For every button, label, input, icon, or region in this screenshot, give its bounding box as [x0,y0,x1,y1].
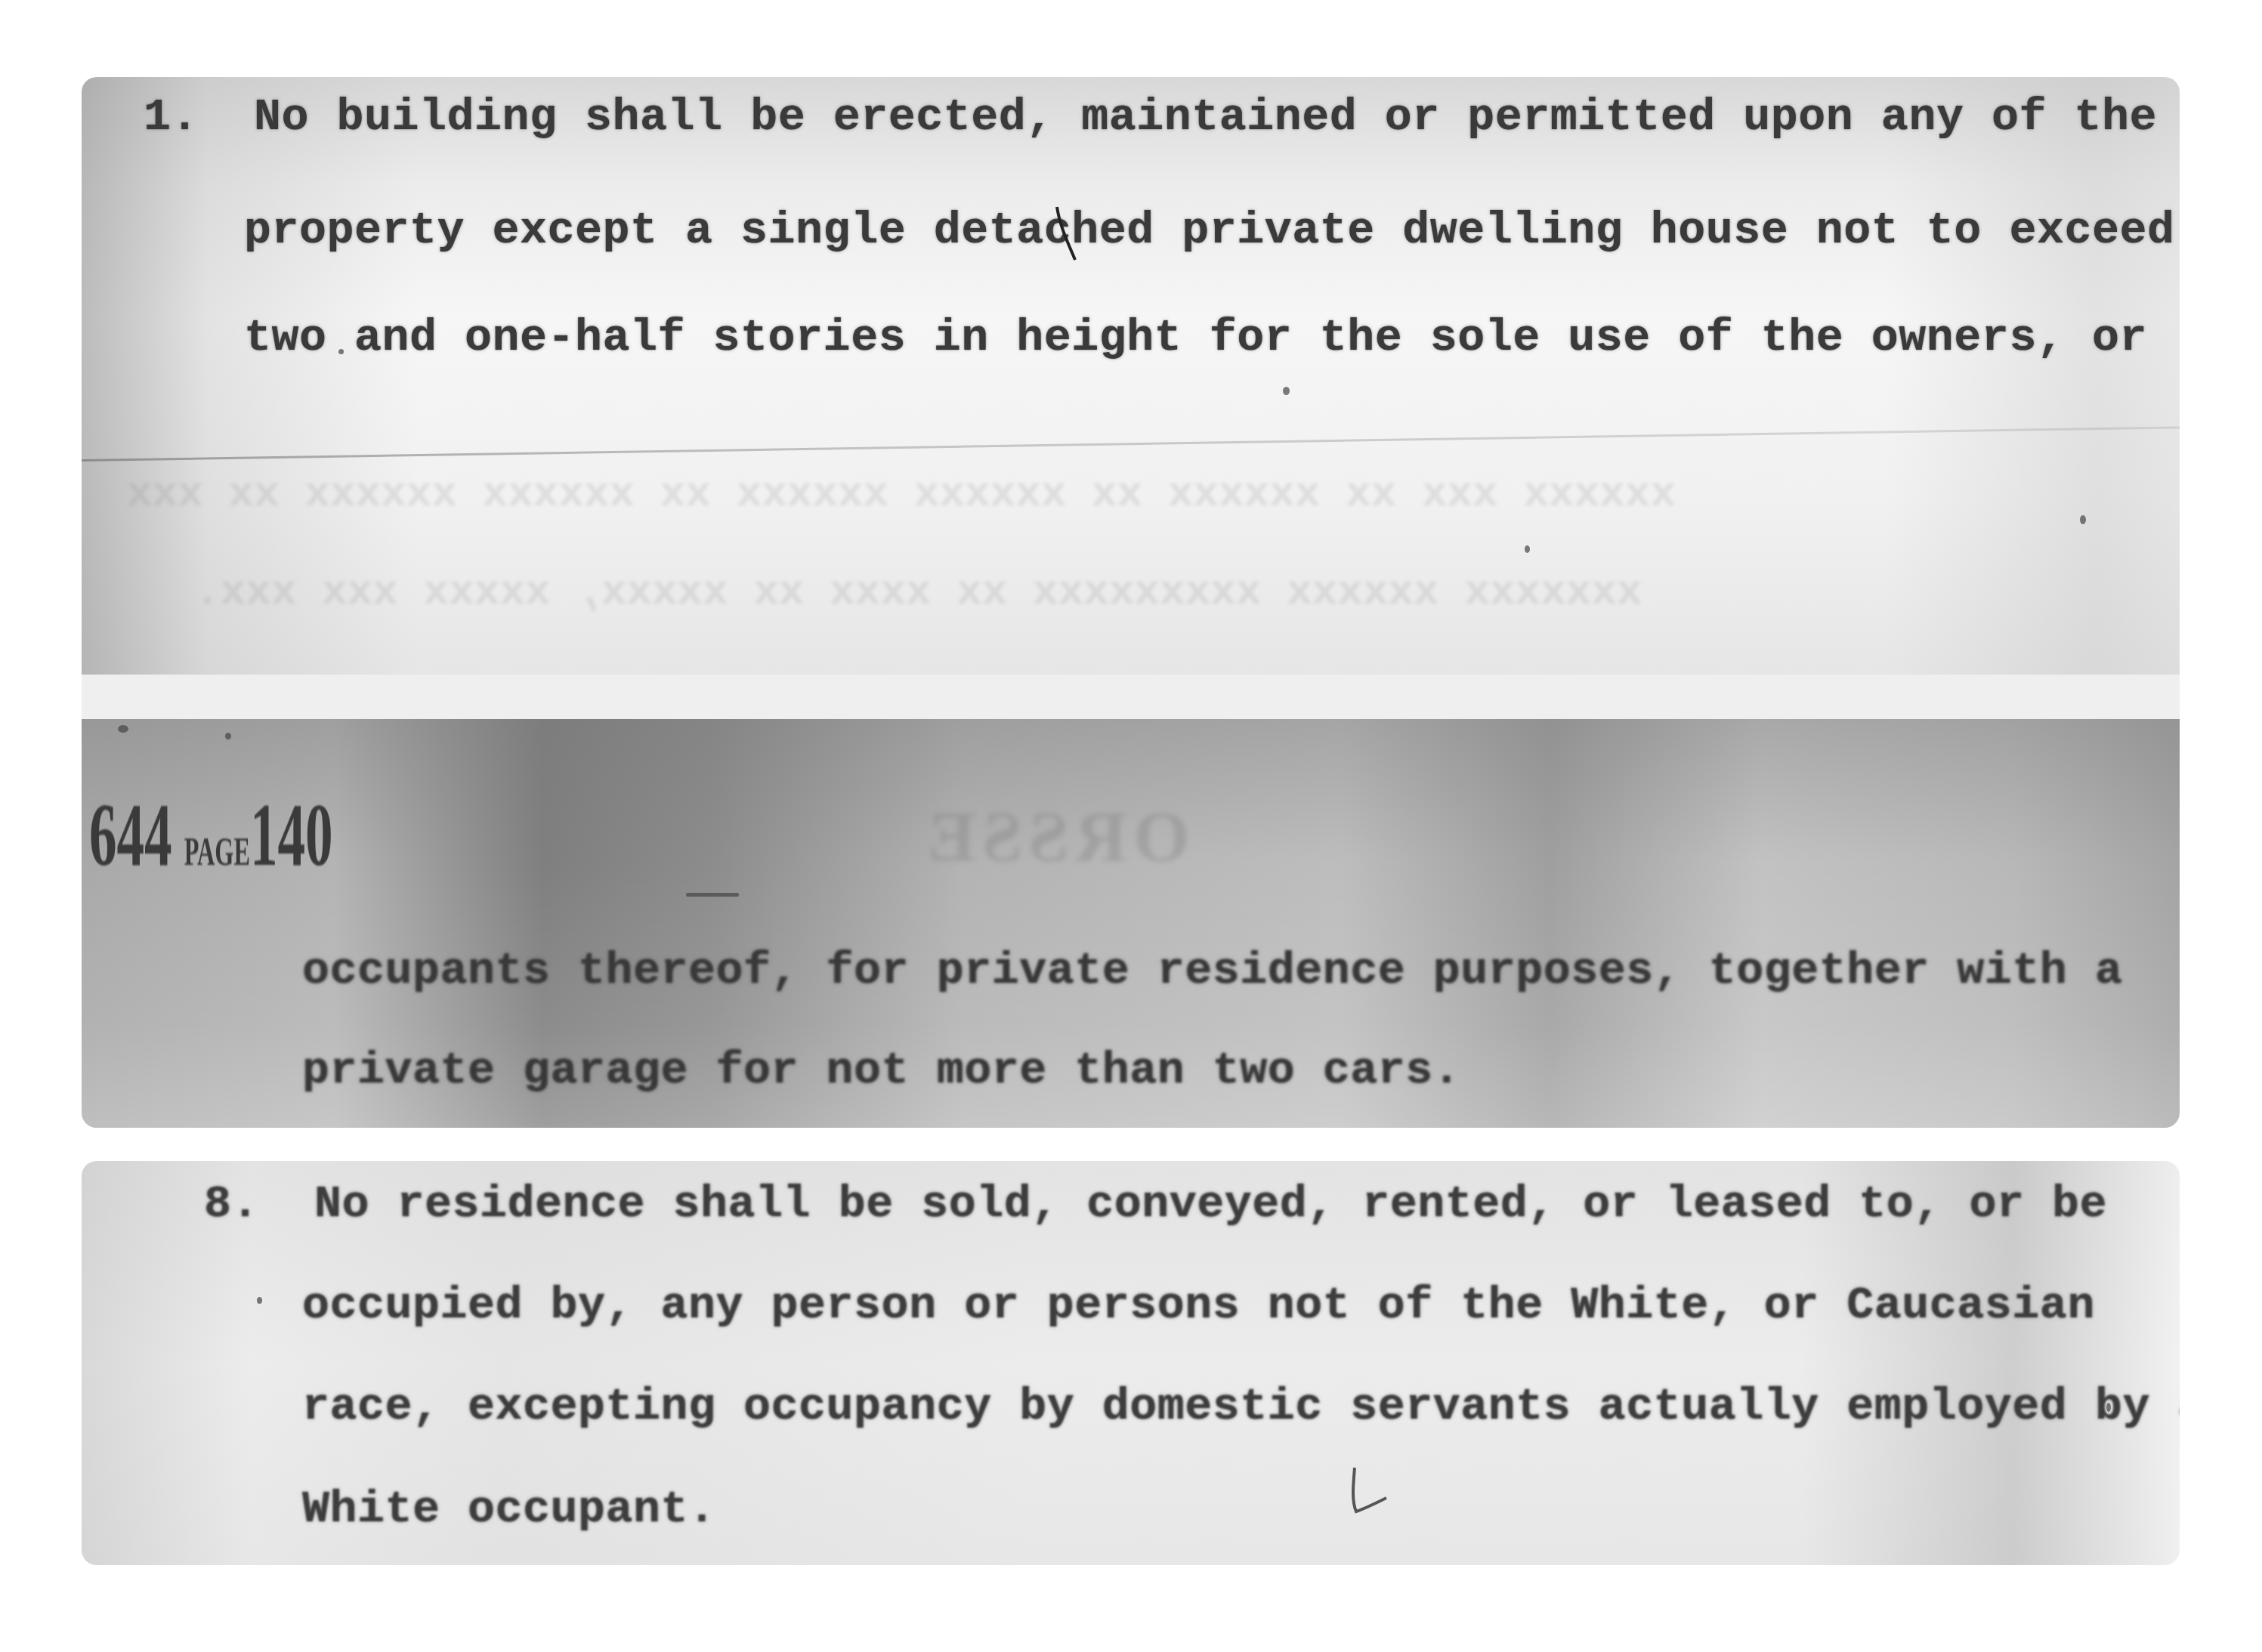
clause-1-cont-line-1: occupants thereof, for private residence… [302,946,2122,997]
paper-crease [82,426,2180,462]
dust-speck [118,725,128,733]
pen-tick-mark [1052,204,1083,264]
stamp-page-number: 140 [250,786,333,885]
pen-scribble-mark [1340,1463,1400,1524]
dust-speck [2106,1403,2111,1412]
clause-8-line-2: occupied by, any person or persons not o… [302,1280,2095,1332]
clause-1-cont-line-2: private garage for not more than two car… [302,1045,1460,1097]
dust-speck [225,733,231,740]
bleed-through-text: xxxxxxx xxxxxx xxxxxxxxx xx xxxx xx xxxx… [195,568,1642,616]
clause-8-line-1: 8. No residence shall be sold, conveyed,… [204,1179,2107,1231]
excerpt-panel-clause-1-continued: ƎƧƧЯO 644PAGE140 occupants thereof, for … [82,719,2180,1128]
book-page-stamp: 644PAGE140 [82,770,333,900]
excerpt-panel-clause-1: xxxxxx xxx xx xxxxxx xx xxxxxx xxxxxx xx… [82,77,2180,675]
dust-speck [257,1297,262,1304]
clause-8-line-4: White occupant. [302,1484,716,1536]
dust-speck [1525,545,1530,553]
panel-divider [82,675,2180,719]
stamp-page-label: PAGE [184,831,250,874]
bleed-through-text: xxxxxx xxx xx xxxxxx xx xxxxxx xxxxxx xx… [127,470,1676,518]
dust-speck [2080,515,2086,524]
dust-speck [338,349,344,354]
scan-mark [686,893,739,897]
excerpt-panel-clause-8: 8. No residence shall be sold, conveyed,… [82,1161,2180,1565]
clause-1-line-3: two and one-half stories in height for t… [244,313,2147,364]
clause-1-line-1: 1. No building shall be erected, maintai… [144,92,2157,144]
clause-8-line-3: race, excepting occupancy by domestic se… [302,1382,2180,1433]
stamp-volume: 644 [89,786,172,885]
clause-1-line-2: property except a single detached privat… [244,205,2174,257]
faint-reverse-stamp: ƎƧƧЯO [928,795,1196,878]
dust-speck [1283,387,1290,395]
